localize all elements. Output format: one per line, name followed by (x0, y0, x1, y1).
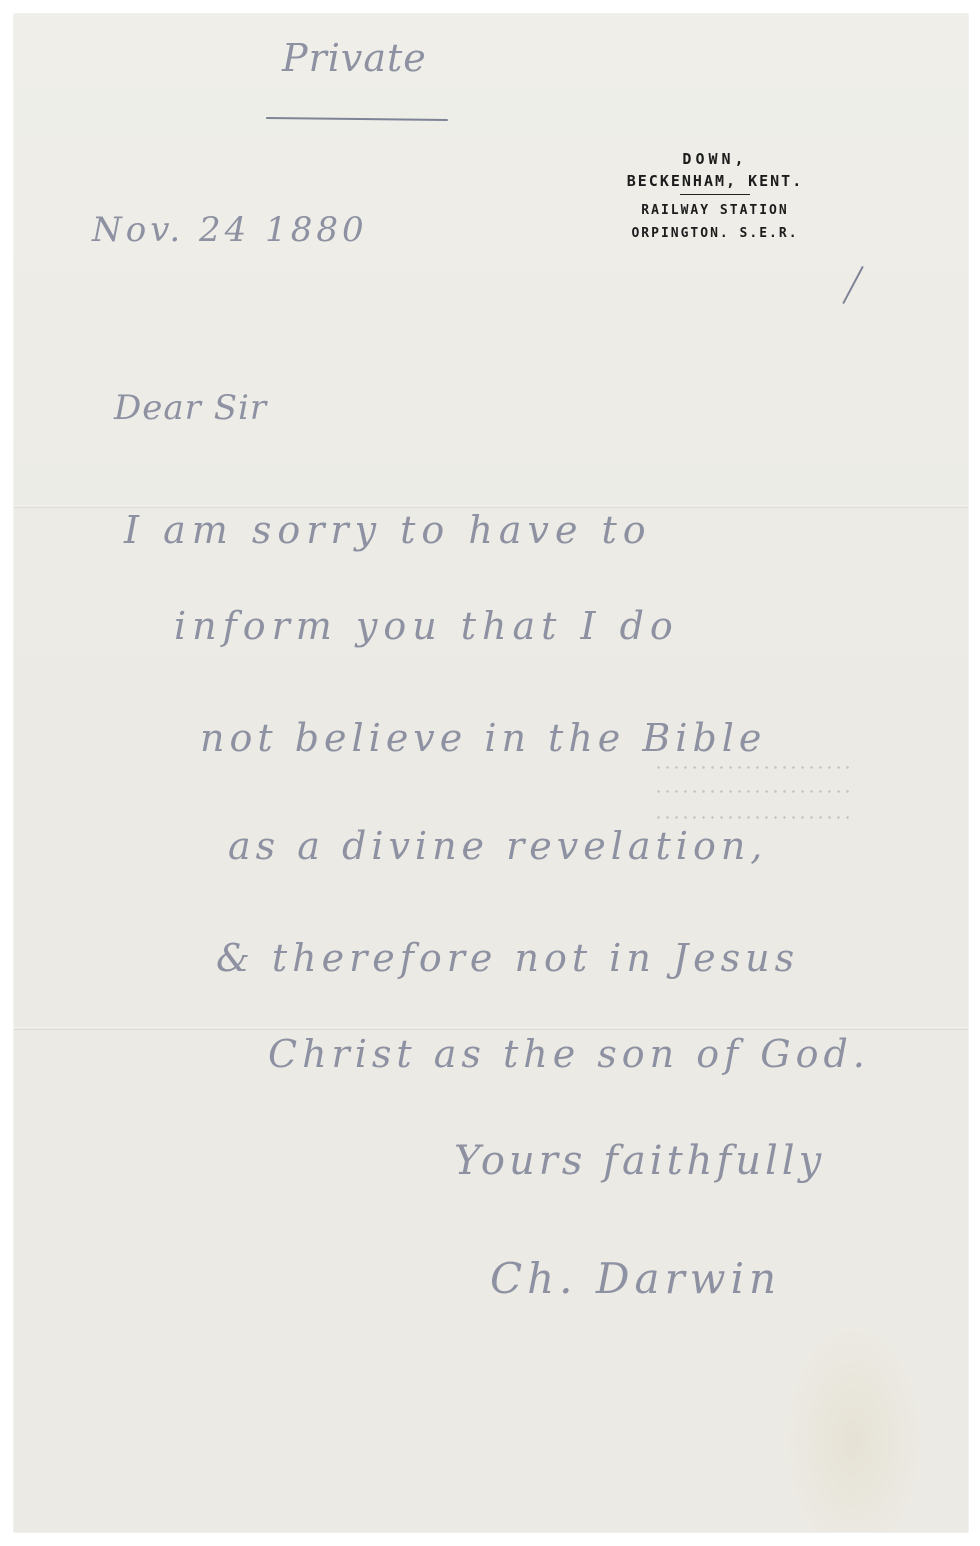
letterhead-line-2: BECKENHAM, KENT. (590, 170, 840, 192)
private-marking: Private (282, 36, 427, 80)
letterhead-rule (680, 194, 750, 195)
body-line-5: & therefore not in Jesus (216, 936, 799, 980)
letterhead-line-1: DOWN, (590, 148, 840, 170)
salutation: Dear Sir (114, 388, 267, 428)
body-line-3: not believe in the Bible (200, 716, 766, 760)
letterhead: DOWN, BECKENHAM, KENT. RAILWAY STATION O… (590, 148, 840, 245)
private-underline (266, 117, 448, 121)
pencil-stroke (842, 266, 863, 304)
letterhead-showthrough (654, 766, 854, 769)
letterhead-showthrough (654, 816, 854, 819)
letterhead-line-3: RAILWAY STATION (590, 199, 840, 222)
fold-line-lower (14, 1027, 968, 1030)
body-line-2: inform you that I do (174, 604, 679, 648)
signature: Ch. Darwin (490, 1254, 781, 1303)
letterhead-line-4: ORPINGTON. S.E.R. (590, 222, 840, 245)
letter-sheet: Private DOWN, BECKENHAM, KENT. RAILWAY S… (14, 14, 968, 1532)
body-line-1: I am sorry to have to (124, 508, 652, 552)
body-line-6: Christ as the son of God. (268, 1032, 870, 1076)
body-line-4: as a divine revelation, (228, 824, 767, 868)
closing: Yours faithfully (454, 1138, 825, 1184)
letter-date: Nov. 24 1880 (92, 210, 368, 250)
letterhead-showthrough (654, 790, 854, 793)
